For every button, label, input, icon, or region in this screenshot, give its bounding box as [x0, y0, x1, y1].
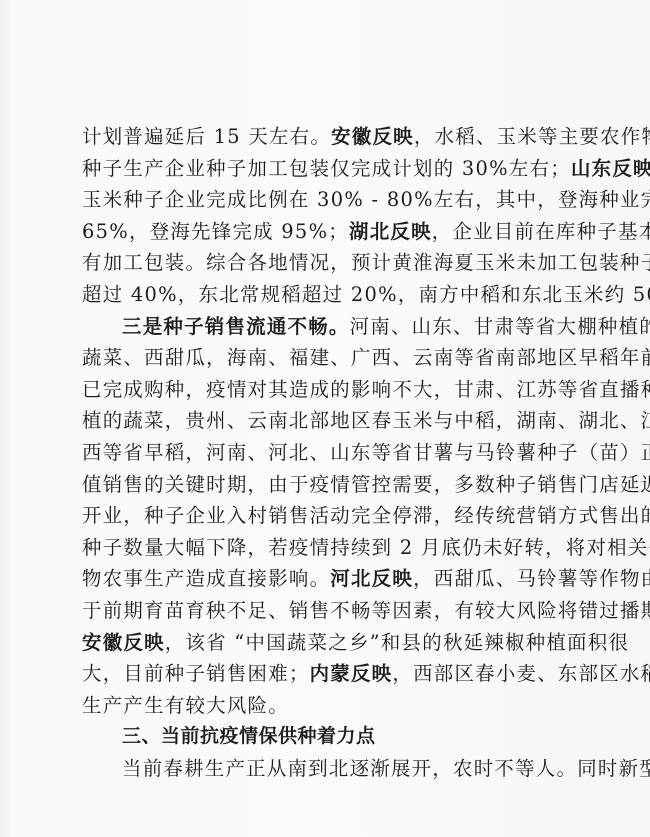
- text-segment: 大，目前种子销售困难；: [82, 662, 310, 685]
- text-segment: 蔬菜、西甜瓜，海南、福建、广西、云南等省南部地区早稻年前: [82, 346, 650, 369]
- text-line: 蔬菜、西甜瓜，海南、福建、广西、云南等省南部地区早稻年前: [82, 342, 570, 374]
- text-line: 大，目前种子销售困难；内蒙反映，西部区春小麦、东部区水稻: [82, 658, 570, 690]
- text-line: 三是种子销售流通不畅。河南、山东、甘肃等省大棚种植的: [82, 311, 570, 343]
- text-segment: 计划普遍延后 15 天左右。: [82, 125, 331, 148]
- text-segment: ，西部区春小麦、东部区水稻: [392, 662, 650, 685]
- text-segment: 值销售的关键时期，由于疫情管控需要，多数种子销售门店延迟: [82, 473, 650, 496]
- bold-phrase: 三是种子销售流通不畅。: [122, 315, 350, 338]
- text-segment: ，西甜瓜、马铃薯等作物由: [413, 567, 650, 590]
- section-heading: 三、当前抗疫情保供种着力点: [82, 721, 570, 753]
- text-line: 值销售的关键时期，由于疫情管控需要，多数种子销售门店延迟: [82, 469, 570, 501]
- bold-phrase: 湖北反映: [349, 220, 432, 243]
- text-segment: 已完成购种，疫情对其造成的影响不大，甘肃、江苏等省直播种: [82, 378, 650, 401]
- text-segment: 植的蔬菜，贵州、云南北部地区春玉米与中稻，湖南、湖北、江: [82, 409, 650, 432]
- text-line: 超过 40%，东北常规稻超过 20%，南方中稻和东北玉米约 50%。: [82, 279, 570, 311]
- text-line: 玉米种子企业完成比例在 30% - 80%左右，其中，登海种业完成: [82, 184, 570, 216]
- text-segment: 物农事生产造成直接影响。: [82, 567, 330, 590]
- text-line: 65%，登海先锋完成 95%；湖北反映，企业目前在库种子基本没: [82, 216, 570, 248]
- text-line: 种子生产企业种子加工包装仅完成计划的 30%左右；山东反映，: [82, 153, 570, 185]
- text-segment: ，水稻、玉米等主要农作物: [414, 125, 650, 148]
- text-segment: 超过 40%，东北常规稻超过 20%，南方中稻和东北玉米约 50%。: [82, 283, 650, 306]
- text-line: 有加工包装。综合各地情况，预计黄淮海夏玉米未加工包装种子: [82, 247, 570, 279]
- body-text: 计划普遍延后 15 天左右。安徽反映，水稻、玉米等主要农作物种子生产企业种子加工…: [82, 121, 570, 784]
- scanned-page: 计划普遍延后 15 天左右。安徽反映，水稻、玉米等主要农作物种子生产企业种子加工…: [0, 0, 650, 837]
- text-segment: 65%，登海先锋完成 95%；: [82, 220, 349, 243]
- bold-phrase: 安徽反映: [82, 631, 165, 654]
- text-segment: 有加工包装。综合各地情况，预计黄淮海夏玉米未加工包装种子: [82, 251, 650, 274]
- text-segment: 生产产生有较大风险。: [82, 694, 289, 717]
- text-segment: ，企业目前在库种子基本没: [432, 220, 650, 243]
- bold-phrase: 河北反映: [330, 567, 413, 590]
- text-line: 安徽反映，该省 “中国蔬菜之乡”和县的秋延辣椒种植面积很: [82, 627, 570, 659]
- text-segment: 玉米种子企业完成比例在 30% - 80%左右，其中，登海种业完成: [82, 188, 650, 211]
- text-line: 已完成购种，疫情对其造成的影响不大，甘肃、江苏等省直播种: [82, 374, 570, 406]
- bold-phrase: 三、当前抗疫情保供种着力点: [122, 725, 376, 747]
- text-line: 植的蔬菜，贵州、云南北部地区春玉米与中稻，湖南、湖北、江: [82, 405, 570, 437]
- text-line: 西等省早稻，河南、河北、山东等省甘薯与马铃薯种子（苗）正: [82, 437, 570, 469]
- text-segment: 河南、山东、甘肃等省大棚种植的: [350, 315, 650, 338]
- text-segment: 当前春耕生产正从南到北逐渐展开，农时不等人。同时新型: [122, 757, 650, 780]
- text-line: 当前春耕生产正从南到北逐渐展开，农时不等人。同时新型: [82, 753, 570, 785]
- text-line: 物农事生产造成直接影响。河北反映，西甜瓜、马铃薯等作物由: [82, 563, 570, 595]
- bold-phrase: 内蒙反映: [310, 662, 393, 685]
- bold-phrase: 安徽反映: [331, 125, 414, 148]
- bold-phrase: 山东反映: [571, 157, 650, 180]
- text-segment: 开业，种子企业入村销售活动完全停滞，经传统营销方式售出的: [82, 504, 650, 527]
- text-line: 开业，种子企业入村销售活动完全停滞，经传统营销方式售出的: [82, 500, 570, 532]
- text-segment: 种子数量大幅下降，若疫情持续到 2 月底仍未好转，将对相关作: [82, 536, 650, 559]
- text-line: 于前期育苗育秧不足、销售不畅等因素，有较大风险将错过播期；: [82, 595, 570, 627]
- text-segment: 种子生产企业种子加工包装仅完成计划的 30%左右；: [82, 157, 571, 180]
- text-segment: 于前期育苗育秧不足、销售不畅等因素，有较大风险将错过播期；: [82, 599, 650, 622]
- text-line: 种子数量大幅下降，若疫情持续到 2 月底仍未好转，将对相关作: [82, 532, 570, 564]
- text-line: 计划普遍延后 15 天左右。安徽反映，水稻、玉米等主要农作物: [82, 121, 570, 153]
- text-line: 生产产生有较大风险。: [82, 690, 570, 722]
- text-segment: ，该省 “中国蔬菜之乡”和县的秋延辣椒种植面积很: [165, 631, 629, 654]
- text-segment: 西等省早稻，河南、河北、山东等省甘薯与马铃薯种子（苗）正: [82, 441, 650, 464]
